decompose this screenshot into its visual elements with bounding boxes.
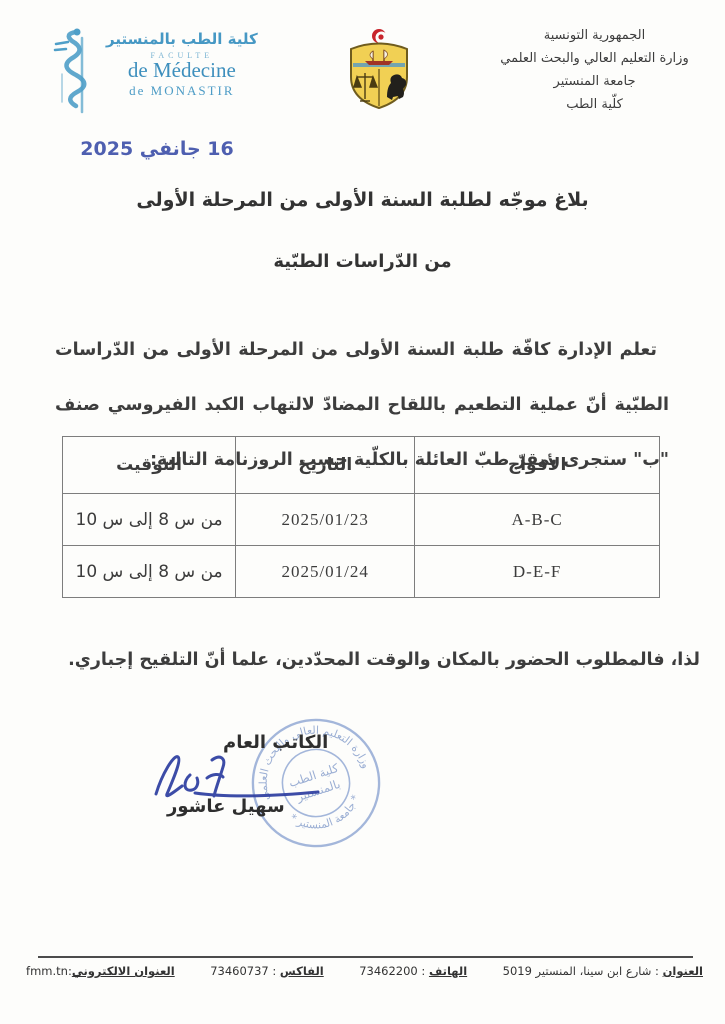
government-header: الجمهورية التونسية وزارة التعليم العالي … [482,24,707,116]
cell-groups: A-B-C [415,494,660,546]
gov-line-university: جامعة المنستير [482,70,707,93]
logo-french-line2: de Médecine [106,58,258,83]
footer-phone: الهاتف : 73462200 [359,964,467,978]
date-stamp: 16 جانفي 2025 [76,138,238,160]
cell-time: من س 8 إلى س 10 [63,494,236,546]
footer-email: العنوان الالكتروني:fmm.tn [26,964,175,978]
tunisia-coat-of-arms-icon [343,27,415,111]
table-row: A-B-C 2025/01/23 من س 8 إلى س 10 [63,494,660,546]
footer-fax: الفاكس : 73460737 [210,964,324,978]
announcement-subtitle: من الدّراسات الطبّية [0,251,725,272]
schedule-table: الأفواج التاريخ التوقيت A-B-C 2025/01/23… [62,436,660,598]
closing-statement: لذا، فالمطلوب الحضور بالمكان والوقت المح… [25,650,700,670]
header-time: التوقيت [63,437,236,494]
cell-time: من س 8 إلى س 10 [63,546,236,598]
header-date: التاريخ [236,437,415,494]
cell-date: 2025/01/24 [236,546,415,598]
caduceus-icon [52,24,104,116]
logo-arabic-name: كلية الطب بالمنستير [106,30,258,48]
gov-line-ministry: وزارة التعليم العالي والبحث العلمي [482,47,707,70]
announcement-title: بلاغ موجّه لطلبة السنة الأولى من المرحلة… [0,189,725,211]
gov-line-republic: الجمهورية التونسية [482,24,707,47]
logo-text: كلية الطب بالمنستير FACULTE de Médecine … [106,24,258,99]
footer-contact-bar: العنوان : شارع ابن سينا، المنستير 5019 ا… [26,964,703,978]
footer-divider [38,956,693,958]
header-groups: الأفواج [415,437,660,494]
footer-address: العنوان : شارع ابن سينا، المنستير 5019 [503,964,703,978]
cell-groups: D-E-F [415,546,660,598]
signature-block: وزارة التعليم العالي والبحث العلمي * جام… [145,712,425,852]
signatory-name: سهيل عاشور [167,796,285,817]
table-header-row: الأفواج التاريخ التوقيت [63,437,660,494]
cell-date: 2025/01/23 [236,494,415,546]
document-page: كلية الطب بالمنستير FACULTE de Médecine … [0,0,725,1024]
gov-line-faculty: كلّية الطب [482,93,707,116]
faculty-logo: كلية الطب بالمنستير FACULTE de Médecine … [52,24,302,116]
logo-french-line3: de MONASTIR [106,83,258,99]
table-row: D-E-F 2025/01/24 من س 8 إلى س 10 [63,546,660,598]
